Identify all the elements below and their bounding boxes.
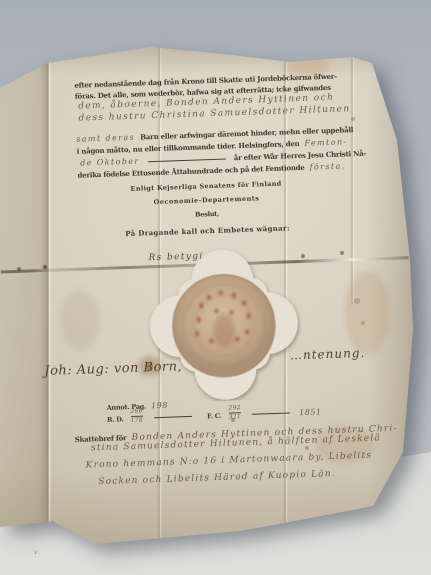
dirt-specks bbox=[0, 0, 2, 2]
annot-year: 1851 bbox=[299, 407, 322, 417]
document-paper: efter nedanstående dag från Krono till S… bbox=[0, 0, 431, 575]
rd-label: R. D. bbox=[107, 415, 124, 424]
fc-denominator: 321 bbox=[229, 414, 242, 420]
rd-numerator: 266 bbox=[130, 409, 143, 415]
rd-fraction: 266 178 bbox=[130, 409, 143, 424]
grant-line: Socken och Libelits Härad af Kuopio Län. bbox=[98, 469, 336, 487]
rule-dash bbox=[154, 415, 192, 418]
fc-numerator: 292 bbox=[228, 405, 241, 411]
handwritten-insert: första. bbox=[309, 161, 345, 171]
official-seal bbox=[144, 244, 303, 403]
grant-line: Krono hemmans N:o 16 i Martonwaara by, L… bbox=[86, 451, 373, 471]
decree-line-beslut: Beslut, bbox=[72, 206, 342, 223]
pencil-mark: v. bbox=[34, 549, 41, 556]
document-content: efter nedanstående dag från Krono till S… bbox=[0, 0, 431, 575]
photo-scene: efter nedanstående dag från Krono till S… bbox=[0, 0, 431, 575]
rule-dash bbox=[252, 411, 290, 414]
decree-line-embetes: På Dragande kall och Embetes wägnar: bbox=[73, 222, 343, 240]
printed-text: derika födelse Ettusende Åttahundrade oc… bbox=[77, 163, 304, 180]
rd-denominator: 178 bbox=[131, 418, 144, 424]
fc-label: F. C. bbox=[207, 412, 222, 421]
paper-shadow-wrap: efter nedanstående dag från Krono till S… bbox=[0, 0, 431, 575]
signature-right: …ntenung. bbox=[290, 346, 366, 363]
fc-fraction: 292 321 bbox=[228, 405, 241, 420]
